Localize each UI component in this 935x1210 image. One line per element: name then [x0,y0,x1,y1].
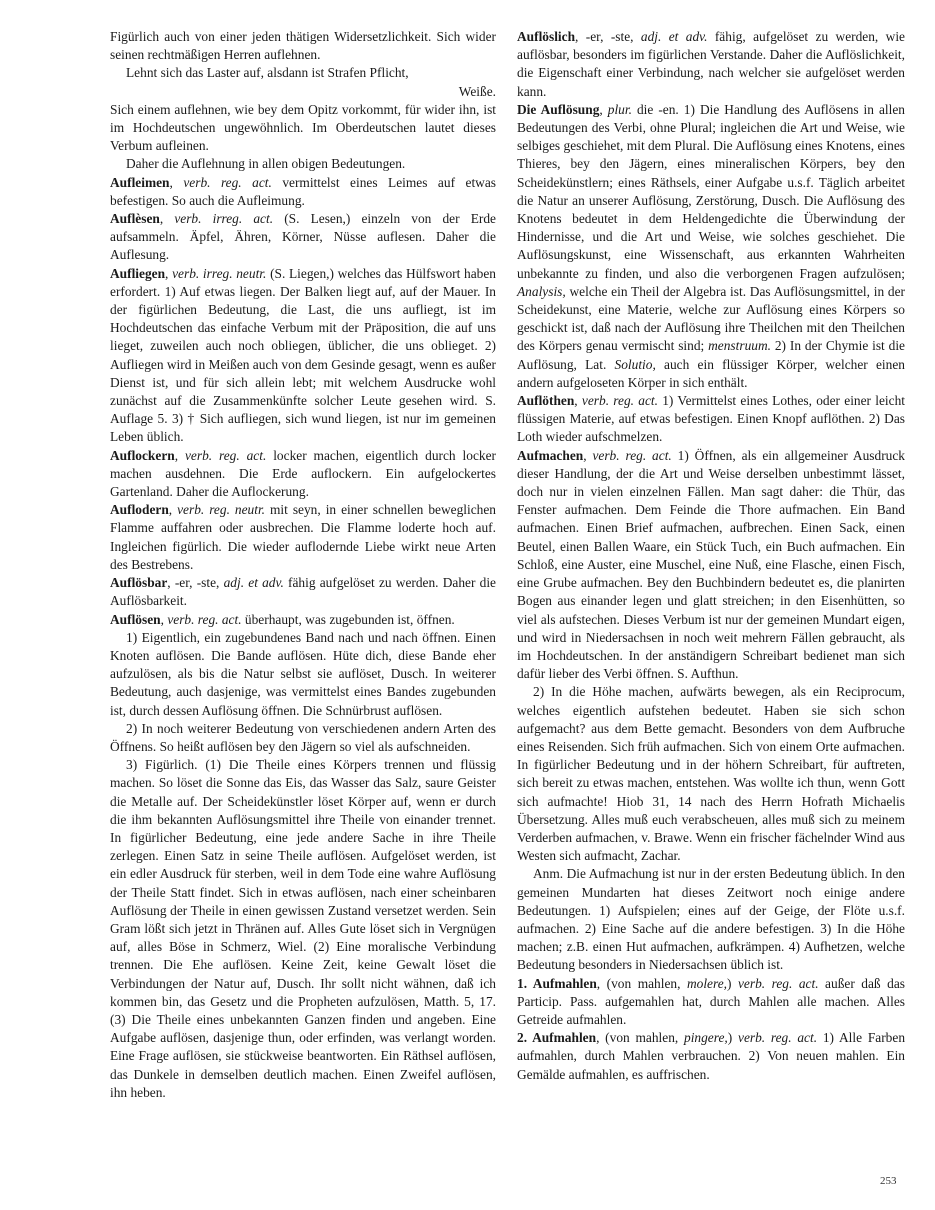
definition: (S. Lesen,) einzeln von der Erde aufsamm… [110,211,496,262]
sense-1: 1) Eigentlich, ein zugebundenes Band nac… [110,629,496,720]
definition: die -en. 1) Die Handlung des Auflösens i… [517,102,905,281]
latin-term: menstruum. [708,338,771,353]
headword: Auflodern [110,502,169,517]
headword: Auflöthen [517,393,574,408]
right-column: Auflöslich, -er, -ste, adj. et adv. fähi… [517,28,905,1084]
dictionary-page: Figürlich auch von einer jeden thätigen … [0,0,935,1210]
definition: 1) Öffnen, als ein allgemeiner Ausdruck … [517,448,905,681]
grammar-label: plur. [608,102,632,117]
entry-aufmahlen-1: 1. Aufmahlen, (von mahlen, molere,) verb… [517,975,905,1030]
headword: Auflèsen [110,211,160,226]
headword: Auflösbar [110,575,167,590]
grammar-label: verb. reg. act. [185,448,266,463]
entry-aufleimen: Aufleimen, verb. reg. act. vermittelst e… [110,174,496,210]
entry-auflesen: Auflèsen, verb. irreg. act. (S. Lesen,) … [110,210,496,265]
entry-aufmahlen-2: 2. Aufmahlen, (von mahlen, pingere,) ver… [517,1029,905,1084]
definition: 1) Vermittelst eines Lothes, oder einer … [517,393,905,444]
paragraph: Daher die Auflehnung in allen obigen Bed… [110,155,496,173]
definition: (S. Liegen,) welches das Hülfswort haben… [110,266,496,445]
sense-2: 2) In die Höhe machen, aufwärts bewegen,… [517,683,905,865]
headword: Die Auflösung [517,102,599,117]
grammar-label: verb. reg. act. [582,393,658,408]
verse-quote: Lehnt sich das Laster auf, alsdann ist S… [110,64,496,82]
grammar-label: verb. reg. act. [167,612,241,627]
headword: Aufleimen [110,175,170,190]
grammar-label: verb. irreg. neutr. [172,266,266,281]
latin-term: Analysis, [517,284,566,299]
paragraph: Sich einem auflehnen, wie bey dem Opitz … [110,101,496,156]
inflection: , -er, -ste, [575,29,641,44]
entry-aufloethen: Auflöthen, verb. reg. act. 1) Vermittels… [517,392,905,447]
page-number: 253 [880,1172,897,1190]
headword: 1. Aufmahlen [517,976,597,991]
etymology: , (von mahlen, [597,976,687,991]
sense-3: 3) Figürlich. (1) Die Theile eines Körpe… [110,756,496,1102]
quote-attribution: Weiße. [110,83,496,101]
headword: Auflöslich [517,29,575,44]
grammar-label: verb. reg. act. [738,1030,817,1045]
entry-aufmachen: Aufmachen, verb. reg. act. 1) Öffnen, al… [517,447,905,684]
entry-aufloesen: Auflösen, verb. reg. act. überhaupt, was… [110,611,496,629]
inflection: , -er, -ste, [167,575,223,590]
entry-aufloeslich: Auflöslich, -er, -ste, adj. et adv. fähi… [517,28,905,101]
entry-auflodern: Auflodern, verb. reg. neutr. mit seyn, i… [110,501,496,574]
grammar-label: adj. et adv. [224,575,284,590]
grammar-label: verb. reg. act. [592,448,671,463]
headword: Auflösen [110,612,161,627]
headword: Aufliegen [110,266,165,281]
punctuation: ) [727,976,738,991]
latin-term: molere, [687,976,727,991]
headword: 2. Aufmahlen [517,1030,596,1045]
sense-2: 2) In noch weiterer Bedeutung von versch… [110,720,496,756]
grammar-label: adj. et adv. [641,29,708,44]
headword: Aufmachen [517,448,583,463]
entry-aufliegen: Aufliegen, verb. irreg. neutr. (S. Liege… [110,265,496,447]
latin-term: Solutio, [615,357,656,372]
entry-auflockern: Auflockern, verb. reg. act. locker mache… [110,447,496,502]
grammar-label: verb. reg. act. [183,175,272,190]
entry-die-aufloesung: Die Auflösung, plur. die -en. 1) Die Han… [517,101,905,392]
definition: überhaupt, was zugebunden ist, öffnen. [242,612,455,627]
grammar-label: verb. irreg. act. [174,211,273,226]
headword: Auflockern [110,448,175,463]
grammar-label: verb. reg. neutr. [177,502,265,517]
punctuation: ) [728,1030,738,1045]
paragraph: Figürlich auch von einer jeden thätigen … [110,28,496,64]
latin-term: pingere, [684,1030,728,1045]
etymology: , (von mahlen, [596,1030,684,1045]
annotation: Anm. Die Aufmachung ist nur in der erste… [517,865,905,974]
grammar-label: verb. reg. act. [738,976,819,991]
left-column: Figürlich auch von einer jeden thätigen … [110,28,496,1102]
entry-aufloesbar: Auflösbar, -er, -ste, adj. et adv. fähig… [110,574,496,610]
